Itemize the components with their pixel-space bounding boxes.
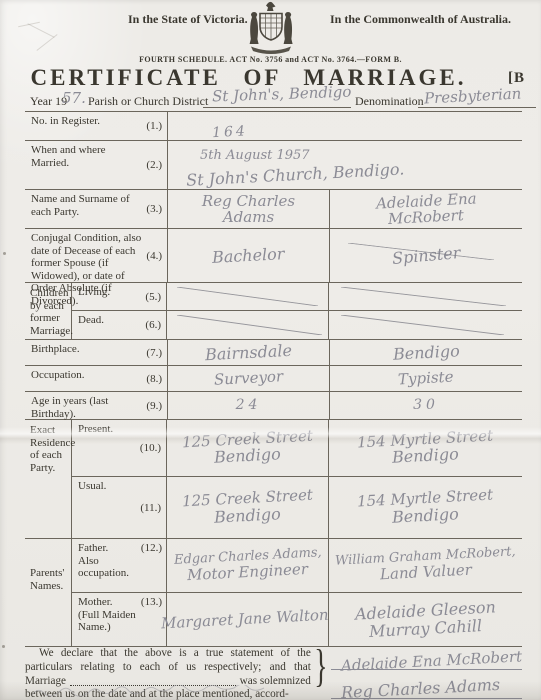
row-group-parents: Parents' Names. Father. Also occupation.… — [25, 539, 522, 647]
value-when-where: 5th August 1957 St John's Church, Bendig… — [168, 141, 522, 189]
field-number: (5.) — [145, 290, 161, 303]
field-number: (13.) — [141, 596, 162, 609]
value-mother-bride: Adelaide Gleeson Murray Cahill — [329, 593, 522, 646]
field-number: (8.) — [146, 372, 162, 385]
value-present-groom: 125 Creek Street Bendigo — [167, 420, 329, 476]
row-conjugal: Conjugal Condition, also date of Decease… — [25, 229, 522, 283]
value-birthplace-groom: Bairnsdale — [168, 340, 330, 365]
value-register: 164 — [168, 112, 522, 140]
value-names-bride: Adelaide Ena McRobert — [330, 190, 522, 228]
row-register: No. in Register.(1.) 164 — [25, 111, 522, 141]
field-number: (1.) — [146, 120, 162, 133]
value-names-groom: Reg Charles Adams — [168, 190, 330, 228]
field-label-occupation: Occupation.(8.) — [25, 366, 168, 391]
field-number: (6.) — [145, 319, 161, 332]
value-living-bride — [329, 283, 522, 310]
declaration-text: We declare that the above is a true stat… — [25, 647, 311, 700]
group-label-children: Children by each former Marriage. — [25, 283, 72, 339]
row-father: Father. Also occupation. (12.) Edgar Cha… — [72, 539, 522, 593]
pencil-strike — [177, 315, 322, 335]
row-age: Age in years (last Birthday).(9.) 24 30 — [25, 392, 522, 420]
parish-label: Parish or Church District — [88, 94, 208, 109]
header-commonwealth-text: In the Commonwealth of Australia. — [330, 12, 511, 27]
pencil-strike — [177, 287, 318, 306]
declaration-line: We declare that the above is a true stat… — [25, 647, 311, 661]
field-number: (4.) — [146, 249, 162, 262]
schedule-line: FOURTH SCHEDULE. ACT No. 3756 and ACT No… — [0, 55, 541, 64]
field-label-usual: Usual.(11.) — [72, 477, 167, 538]
field-label-father: Father. Also occupation. (12.) — [72, 539, 167, 592]
field-number: (9.) — [146, 399, 162, 412]
pencil-strike — [341, 315, 504, 335]
value-occupation-groom: Surveyor — [168, 366, 330, 391]
value-present-bride: 154 Myrtle Street Bendigo — [329, 420, 522, 476]
value-dead-groom — [167, 311, 329, 339]
row-residence-present: Present.(10.) 125 Creek Street Bendigo 1… — [72, 420, 522, 477]
value-conjugal-groom: Bachelor — [168, 229, 330, 282]
value-mother-groom: Margaret Jane Walton — [167, 593, 329, 646]
parish-underline — [203, 107, 351, 108]
field-number: (10.) — [140, 442, 161, 455]
parish-value: St John's, Bendigo — [212, 84, 352, 105]
signature-groom: Reg Charles Adams — [331, 670, 522, 699]
value-conjugal-bride: Spinster — [330, 229, 522, 282]
field-label-present: Present.(10.) — [72, 420, 167, 476]
row-group-children: Children by each former Marriage. Living… — [25, 283, 522, 340]
row-mother: Mother. (Full Maiden Name.) (13.) Margar… — [72, 593, 522, 646]
field-label-mother: Mother. (Full Maiden Name.) (13.) — [72, 593, 167, 646]
row-names: Name and Surname of each Party.(3.) Reg … — [25, 190, 522, 229]
field-label-age: Age in years (last Birthday).(9.) — [25, 392, 168, 419]
value-birthplace-bride: Bendigo — [330, 340, 522, 365]
signature-bride: Adelaide Ena McRobert — [331, 647, 522, 670]
row-occupation: Occupation.(8.) Surveyor Typiste — [25, 366, 522, 392]
row-children-living: Living.(5.) — [72, 283, 522, 311]
field-label-names: Name and Surname of each Party.(3.) — [25, 190, 168, 228]
value-father-bride: William Graham McRobert, Land Valuer — [329, 539, 522, 592]
victoria-coat-of-arms-icon — [243, 1, 299, 60]
group-label-residence: Exact Residence of each Party. — [25, 420, 72, 538]
field-number: (7.) — [146, 346, 162, 359]
value-father-groom: Edgar Charles Adams, Motor Engineer — [167, 539, 329, 592]
pencil-strike — [341, 287, 506, 306]
declaration-line: particulars relating to each of us respe… — [25, 661, 311, 675]
marriage-certificate-document: In the State of Victoria. In the Commonw… — [0, 0, 541, 700]
field-label-when-where: When and where Married.(2.) — [25, 141, 168, 189]
value-age-bride: 30 — [330, 392, 522, 419]
row-birthplace: Birthplace.(7.) Bairnsdale Bendigo — [25, 340, 522, 366]
field-label-birthplace: Birthplace.(7.) — [25, 340, 168, 365]
paper-crease-mark — [18, 22, 40, 28]
field-number: (2.) — [146, 159, 162, 172]
row-group-residence: Exact Residence of each Party. Present.(… — [25, 420, 522, 539]
year-value: 57. — [62, 90, 86, 107]
paper-crease-mark — [27, 23, 54, 38]
row-children-dead: Dead.(6.) — [72, 311, 522, 339]
dotted-blank — [70, 685, 236, 686]
value-age-groom: 24 — [168, 392, 330, 419]
paper-speck — [2, 645, 5, 648]
field-label-register: No. in Register.(1.) — [25, 112, 168, 140]
field-label-living: Living.(5.) — [72, 283, 167, 310]
row-residence-usual: Usual.(11.) 125 Creek Street Bendigo 154… — [72, 477, 522, 538]
denomination-underline — [418, 107, 536, 108]
value-dead-bride — [329, 311, 522, 339]
value-usual-bride: 154 Myrtle Street Bendigo — [329, 477, 522, 538]
paper-crease-mark — [36, 34, 57, 51]
paper-speck — [3, 252, 6, 255]
declaration-section: We declare that the above is a true stat… — [25, 647, 522, 700]
header-state-text: In the State of Victoria. — [128, 12, 248, 27]
field-label-conjugal: Conjugal Condition, also date of Decease… — [25, 229, 168, 282]
field-number: (11.) — [140, 501, 161, 514]
group-label-parents: Parents' Names. — [25, 539, 72, 646]
declaration-line: Marriage was solemnized — [25, 675, 311, 689]
field-label-dead: Dead.(6.) — [72, 311, 167, 339]
declaration-brace: } — [314, 644, 324, 700]
value-usual-groom: 125 Creek Street Bendigo — [167, 477, 329, 538]
row-when-where: When and where Married.(2.) 5th August 1… — [25, 141, 522, 190]
declaration-line: between us on the date and at the place … — [25, 688, 311, 700]
denomination-label: Denomination — [355, 94, 424, 109]
field-number: (12.) — [141, 542, 162, 555]
value-occupation-bride: Typiste — [330, 366, 522, 391]
value-living-groom — [167, 283, 329, 310]
denomination-value: Presbyterian — [424, 85, 522, 107]
signatures: Adelaide Ena McRobert Reg Charles Adams — [327, 647, 522, 700]
field-number: (3.) — [146, 203, 162, 216]
